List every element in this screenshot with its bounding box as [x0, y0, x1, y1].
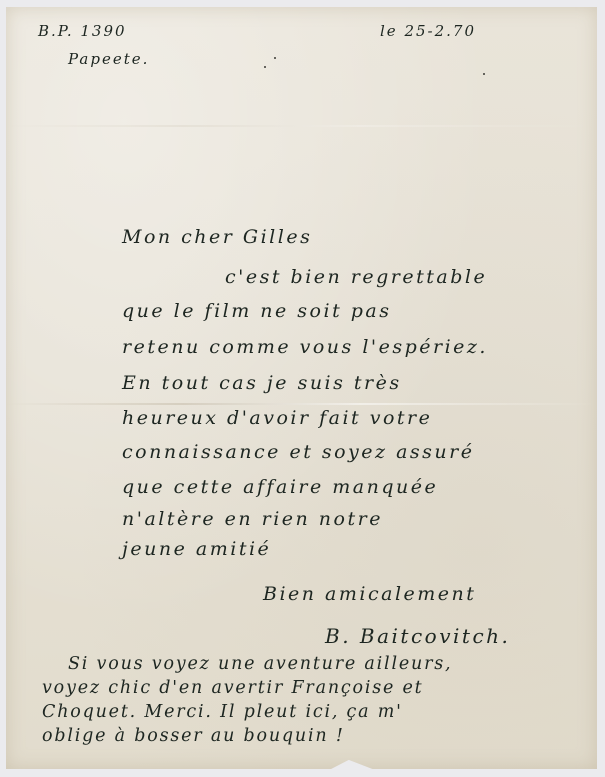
salutation: Mon cher Gilles: [122, 226, 312, 248]
body-line: connaissance et soyez assuré: [122, 441, 474, 463]
postscript-line: Choquet. Merci. Il pleut ici, ça m': [42, 702, 403, 722]
address-city: Papeete.: [68, 50, 149, 68]
postscript-line: oblige à bosser au bouquin !: [42, 726, 345, 746]
ink-speck: [274, 57, 276, 59]
signature: B. Baitcovitch.: [325, 624, 510, 648]
body-line: heureux d'avoir fait votre: [122, 407, 432, 429]
body-line: retenu comme vous l'espériez.: [122, 336, 488, 358]
body-line: que le film ne soit pas: [122, 300, 392, 322]
body-line: jeune amitié: [122, 538, 271, 560]
body-line: En tout cas je suis très: [122, 372, 402, 394]
ink-speck: [264, 66, 266, 68]
postscript-line: Si vous voyez une aventure ailleurs,: [68, 654, 452, 674]
postscript-line: voyez chic d'en avertir Françoise et: [42, 678, 424, 698]
letter-date: le 25-2.70: [380, 22, 476, 40]
closing: Bien amicalement: [263, 583, 476, 605]
body-line: que cette affaire manquée: [122, 476, 438, 498]
scanned-letter: B.P. 1390 Papeete. le 25-2.70 Mon cher G…: [0, 0, 605, 777]
body-line: c'est bien regrettable: [225, 266, 487, 288]
address-po-box: B.P. 1390: [38, 22, 127, 40]
paper-fold-crease: [6, 403, 597, 405]
paper-fold-crease-top: [6, 125, 597, 127]
body-line: n'altère en rien notre: [122, 508, 383, 530]
ink-speck: [483, 73, 485, 75]
